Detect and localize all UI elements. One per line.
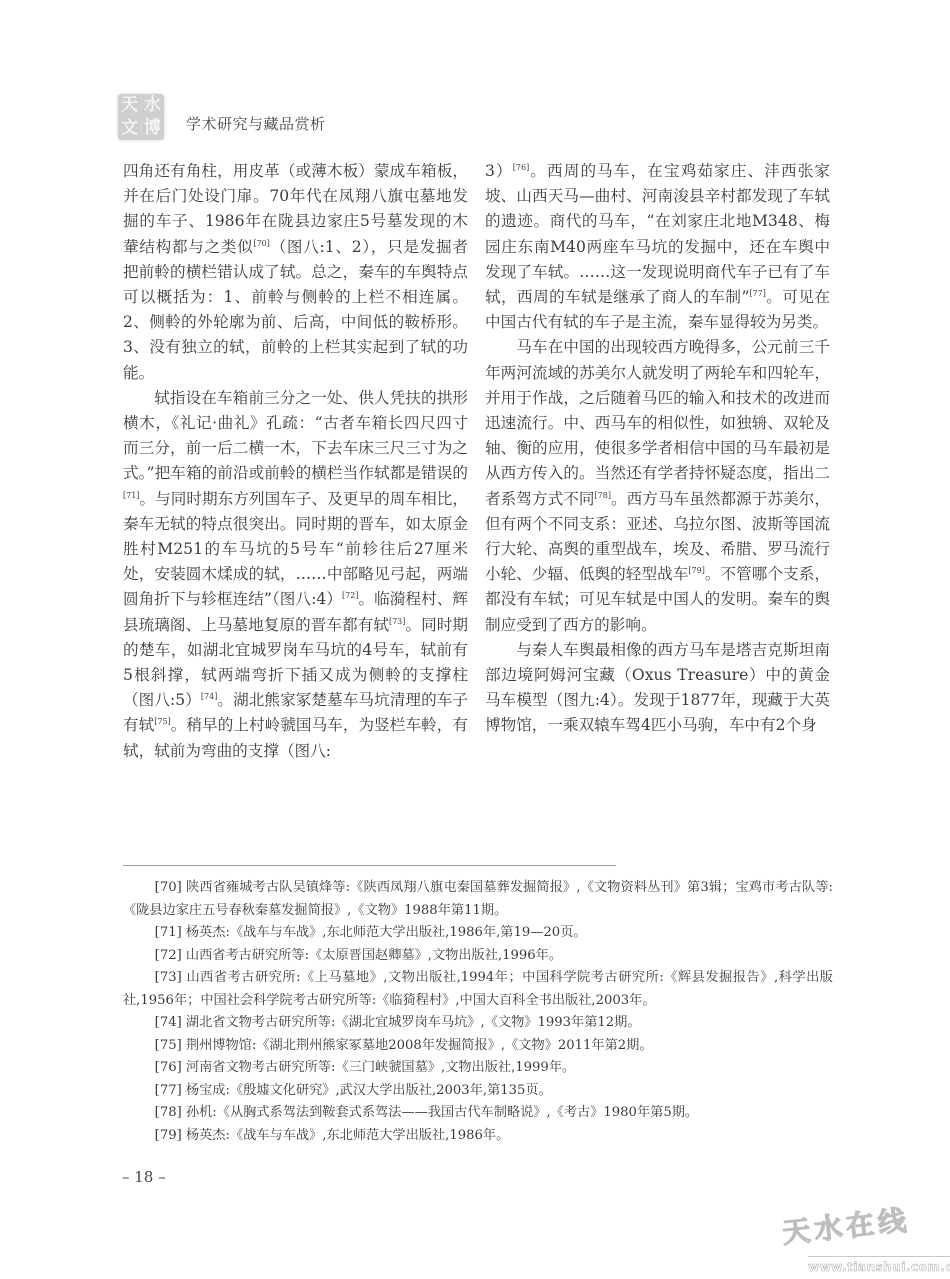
paragraph-text: 与秦人车舆最相像的西方马车是塔吉克斯坦南部边境阿姆河宝藏（Oxus Treasu…	[485, 641, 830, 735]
footnote-78: [78] 孙机:《从胸式系驾法到鞍套式系驾法——我国古代车制略说》,《考古》19…	[123, 1102, 833, 1125]
paragraph-text: （图八:1、2），只是发掘者把前軨的横栏错认成了轼。总之，秦车的车舆特点可以概括…	[123, 238, 468, 382]
footnote-79: [79] 杨英杰:《战车与车战》,东北师范大学出版社,1986年。	[123, 1125, 833, 1148]
footnote-76: [76] 河南省文物考古研究所等:《三门峡虢国墓》,文物出版社,1999年。	[123, 1057, 833, 1080]
logo-char: 博	[141, 117, 164, 140]
citation-mark: [71]	[123, 491, 139, 500]
paragraph: 与秦人车舆最相像的西方马车是塔吉克斯坦南部边境阿姆河宝藏（Oxus Treasu…	[485, 638, 830, 739]
paragraph-text: 3）	[485, 162, 513, 180]
footnote-74: [74] 湖北省文物考古研究所等:《湖北宜城罗岗车马坑》,《文物》1993年第1…	[123, 1012, 833, 1035]
citation-mark: [79]	[688, 566, 704, 575]
citation-mark: [74]	[201, 692, 217, 701]
footnote-70: [70] 陕西省雍城考古队吴镇烽等:《陕西凤翔八旗屯秦国墓葬发掘简报》,《文物资…	[123, 877, 833, 922]
citation-mark: [73]	[389, 617, 405, 626]
paragraph: 轼指设在车箱前三分之一处、供人凭扶的拱形横木，《礼记·曲礼》孔疏：“古者车箱长四…	[123, 386, 468, 764]
watermark-url: www.tianshui.com.cn	[808, 1260, 950, 1274]
watermark-rule	[808, 1256, 950, 1257]
citation-mark: [72]	[342, 591, 358, 600]
paragraph-text: 马车在中国的出现较西方晚得多，公元前三千年两河流域的苏美尔人就发明了两轮车和四轮…	[485, 338, 830, 507]
watermark: 天水在线 www.tianshui.com.cn	[770, 1205, 950, 1279]
citation-mark: [76]	[513, 163, 529, 172]
footnote-73: [73] 山西省考古研究所:《上马墓地》,文物出版社,1994年；中国科学院考古…	[123, 967, 833, 1012]
logo-char: 天	[118, 94, 141, 117]
footnotes: [70] 陕西省雍城考古队吴镇烽等:《陕西凤翔八旗屯秦国墓葬发掘简报》,《文物资…	[123, 877, 833, 1147]
section-title: 学术研究与藏品赏析	[186, 113, 326, 134]
paragraph: 马车在中国的出现较西方晚得多，公元前三千年两河流域的苏美尔人就发明了两轮车和四轮…	[485, 335, 830, 637]
citation-mark: [70]	[253, 239, 269, 248]
footnote-divider	[123, 865, 616, 866]
body-column-left: 四角还有角柱，用皮革（或薄木板）蒙成车箱板，并在后门处设门扉。70年代在凤翔八旗…	[123, 159, 468, 764]
paragraph: 3）[76]。西周的马车，在宝鸡茹家庄、沣西张家坡、山西天马—曲村、河南浚县辛村…	[485, 159, 830, 335]
citation-mark: [75]	[154, 717, 170, 726]
footnote-75: [75] 荆州博物馆:《湖北荆州熊家冢墓地2008年发掘简报》,《文物》2011…	[123, 1035, 833, 1058]
paragraph: 四角还有角柱，用皮革（或薄木板）蒙成车箱板，并在后门处设门扉。70年代在凤翔八旗…	[123, 159, 468, 386]
paragraph-text: 。西周的马车，在宝鸡茹家庄、沣西张家坡、山西天马—曲村、河南浚县辛村都发现了车轼…	[485, 162, 830, 306]
journal-logo-icon: 天 水 文 博	[118, 94, 164, 140]
logo-char: 文	[118, 117, 141, 140]
watermark-text: 天水在线	[780, 1198, 911, 1251]
body-column-right: 3）[76]。西周的马车，在宝鸡茹家庄、沣西张家坡、山西天马—曲村、河南浚县辛村…	[485, 159, 830, 739]
citation-mark: [78]	[595, 491, 611, 500]
footnote-71: [71] 杨英杰:《战车与车战》,东北师范大学出版社,1986年,第19—20页…	[123, 922, 833, 945]
paragraph-text: 轼指设在车箱前三分之一处、供人凭扶的拱形横木，《礼记·曲礼》孔疏：“古者车箱长四…	[123, 389, 468, 483]
logo-char: 水	[141, 94, 164, 117]
footnote-77: [77] 杨宝成:《殷墟文化研究》,武汉大学出版社,2003年,第135页。	[123, 1080, 833, 1103]
citation-mark: [77]	[749, 289, 765, 298]
paragraph-text: 。稍早的上村岭虢国马车，为竖栏车軨，有轼，轼前为弯曲的支撑（图八:	[123, 716, 468, 759]
page-header: 天 水 文 博 学术研究与藏品赏析	[118, 88, 326, 140]
footnote-72: [72] 山西省考古研究所等:《太原晋国赵卿墓》,文物出版社,1996年。	[123, 945, 833, 968]
page-number: – 18 –	[122, 1168, 166, 1186]
